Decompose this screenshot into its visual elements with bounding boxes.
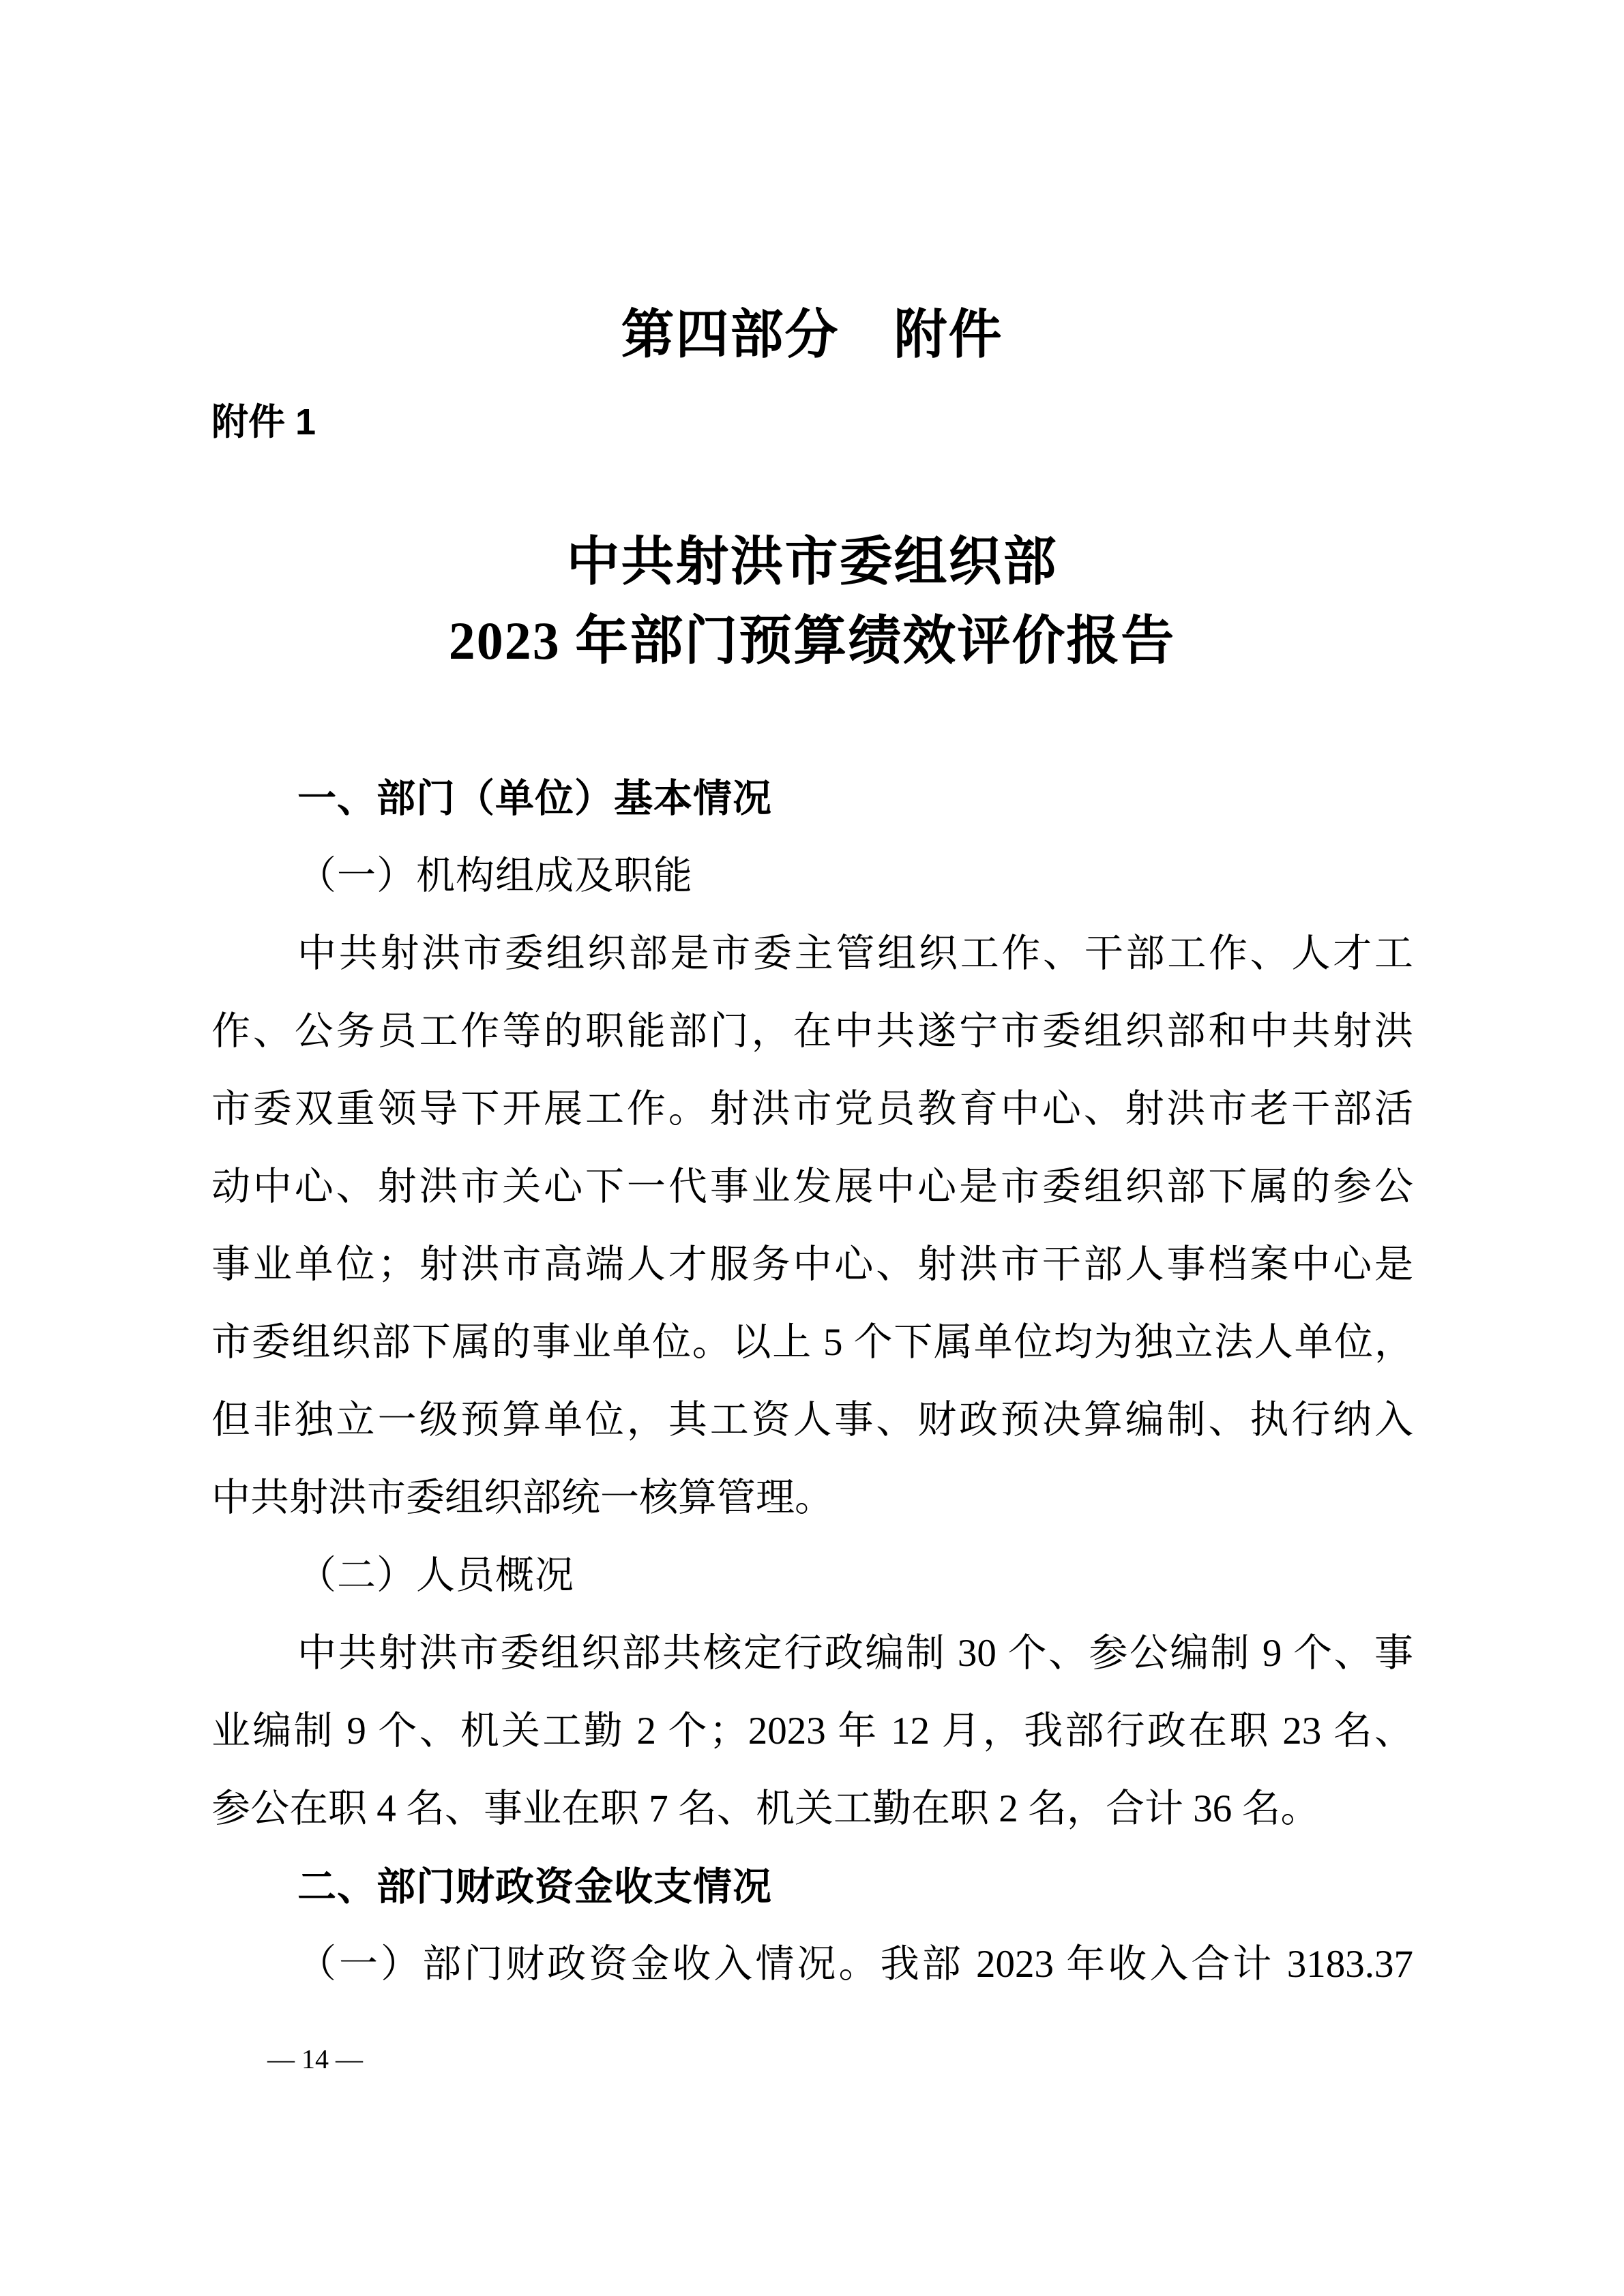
doc-title: 中共射洪市委组织部 2023 年部门预算绩效评价报告: [0, 522, 1624, 681]
paragraph-line: 市委双重领导下开展工作。射洪市党员教育中心、射洪市老干部活: [211, 1071, 1413, 1148]
doc-title-line-2: 2023 年部门预算绩效评价报告: [0, 601, 1624, 681]
paragraph-line: 市委组织部下属的事业单位。以上 5 个下属单位均为独立法人单位，: [211, 1304, 1413, 1382]
part-title: 第四部分 附件: [0, 308, 1624, 361]
paragraph-line: （一）部门财政资金收入情况。我部 2023 年收入合计 3183.37: [211, 1926, 1413, 2003]
subsection-heading-2: （二）人员概况: [211, 1537, 1413, 1615]
attachment-label: 附件 1: [211, 404, 316, 441]
paragraph-line: 业编制 9 个、机关工勤 2 个；2023 年 12 月，我部行政在职 23 名…: [211, 1693, 1413, 1770]
paragraph-line: 事业单位；射洪市高端人才服务中心、射洪市干部人事档案中心是: [211, 1226, 1413, 1304]
paragraph-line: 中共射洪市委组织部统一核算管理。: [211, 1459, 1413, 1537]
document-body: 一、部门（单位）基本情况 （一）机构组成及职能 中共射洪市委组织部是市委主管组织…: [211, 760, 1413, 2003]
doc-title-line-1: 中共射洪市委组织部: [0, 522, 1624, 601]
document-page: 第四部分 附件 附件 1 中共射洪市委组织部 2023 年部门预算绩效评价报告 …: [0, 0, 1624, 2296]
section-heading-1: 一、部门（单位）基本情况: [211, 760, 1413, 837]
paragraph-line: 参公在职 4 名、事业在职 7 名、机关工勤在职 2 名，合计 36 名。: [211, 1770, 1413, 1848]
paragraph-line: 中共射洪市委组织部共核定行政编制 30 个、参公编制 9 个、事: [211, 1615, 1413, 1693]
section-heading-2: 二、部门财政资金收支情况: [211, 1848, 1413, 1926]
subsection-heading-1: （一）机构组成及职能: [211, 837, 1413, 915]
paragraph-line: 中共射洪市委组织部是市委主管组织工作、干部工作、人才工: [211, 915, 1413, 993]
paragraph-line: 但非独立一级预算单位，其工资人事、财政预决算编制、执行纳入: [211, 1382, 1413, 1459]
paragraph-line: 动中心、射洪市关心下一代事业发展中心是市委组织部下属的参公: [211, 1148, 1413, 1226]
paragraph-line: 作、公务员工作等的职能部门，在中共遂宁市委组织部和中共射洪: [211, 993, 1413, 1071]
page-number-footer: — 14 —: [267, 2043, 363, 2076]
